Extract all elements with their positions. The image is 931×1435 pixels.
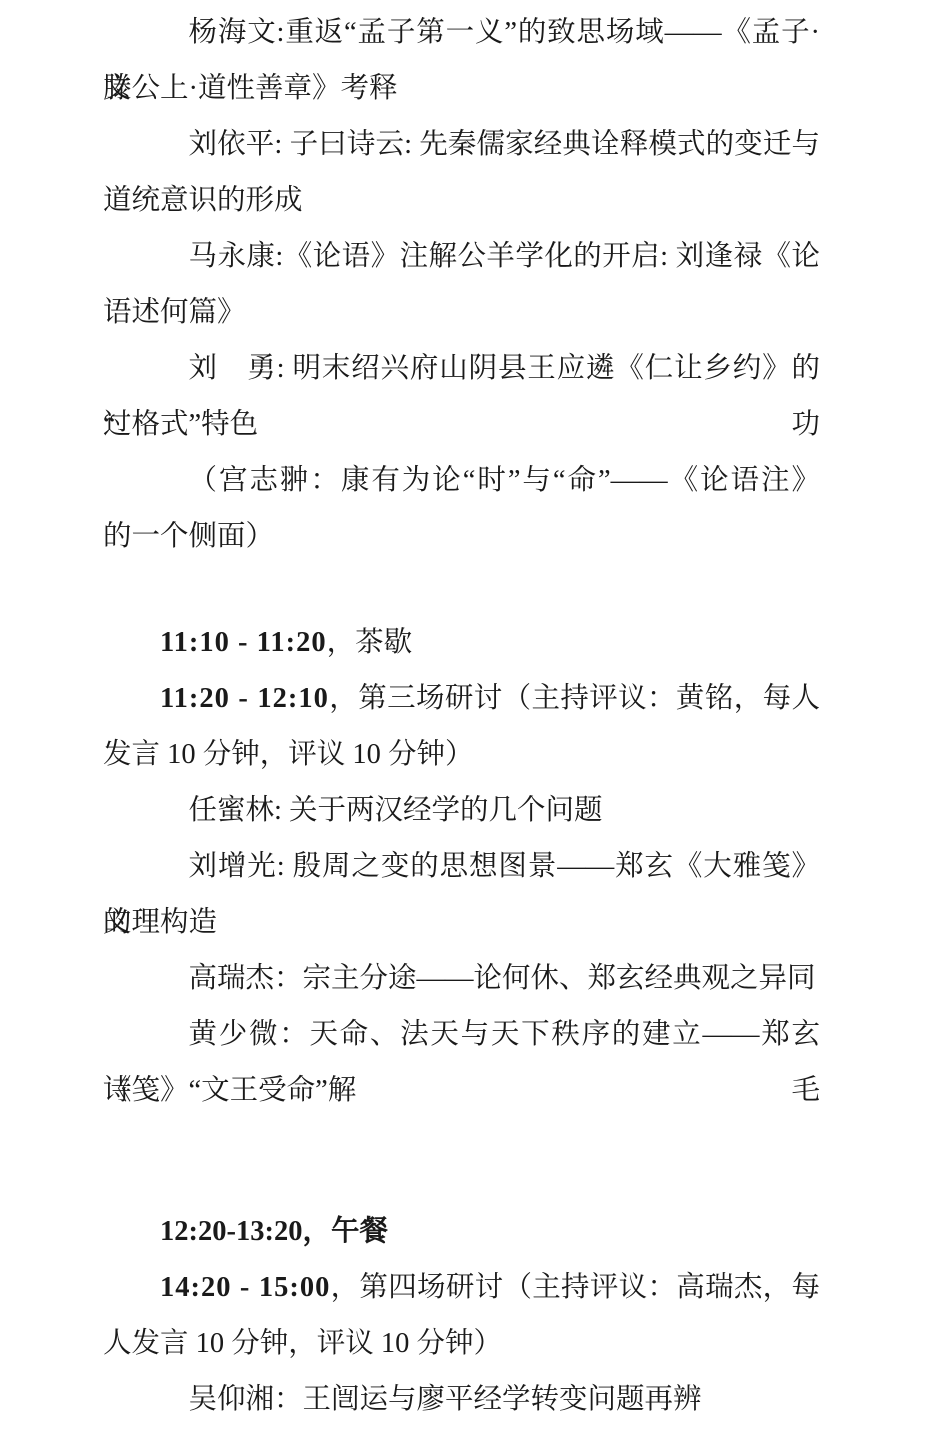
talk-line-huang-shaowei-1: 黄少微：天命、法天与天下秩序的建立——郑玄《毛 <box>103 1007 820 1063</box>
talk-line-ma-yongkang-2: 语述何篇》 <box>103 285 820 341</box>
schedule-session4-header-1: 14:20 - 15:00，第四场研讨（主持评议：高瑞杰，每 <box>103 1260 820 1316</box>
talk-line-ren-milin: 任蜜林: 关于两汉经学的几个问题 <box>103 783 820 839</box>
schedule-label: ，第三场研讨（主持评议：黄铭，每人 <box>329 683 820 714</box>
talk-line-gong-zhichong-2: 的一个侧面） <box>103 509 820 565</box>
talk-line-yang-haiwen-1: 杨海文:重返“孟子第一义”的致思场域——《孟子·滕 <box>103 5 820 61</box>
talk-line-liu-yong-1: 刘 勇: 明末绍兴府山阴县王应遴《仁让乡约》的“功 <box>103 341 820 397</box>
talk-line-wu-yangxiang: 吴仰湘：王闿运与廖平经学转变问题再辨 <box>103 1372 820 1428</box>
talk-line-gong-zhichong-1: （宫志翀：康有为论“时”与“命”——《论语注》 <box>103 453 820 509</box>
time-range: 11:10 - 11:20 <box>160 627 327 658</box>
talk-line-ma-yongkang-1: 马永康:《论语》注解公羊学化的开启: 刘逢禄《论 <box>103 229 820 285</box>
talk-line-liu-zengguang-1: 刘增光: 殷周之变的思想图景——郑玄《大雅笺》的 <box>103 839 820 895</box>
talk-line-liu-yiping-2: 道统意识的形成 <box>103 173 820 229</box>
schedule-session3-header-1: 11:20 - 12:10，第三场研讨（主持评议：黄铭，每人 <box>103 671 820 727</box>
schedule-session4-header-2: 人发言 10 分钟，评议 10 分钟） <box>103 1316 820 1372</box>
schedule-session3-header-2: 发言 10 分钟，评议 10 分钟） <box>103 727 820 783</box>
schedule-label: ，茶歇 <box>327 627 413 658</box>
time-range: 14:20 - 15:00 <box>160 1272 330 1303</box>
talk-line-gao-ruijie: 高瑞杰：宗主分途——论何休、郑玄经典观之异同 <box>103 951 820 1007</box>
talk-line-liu-zengguang-2: 义理构造 <box>103 895 820 951</box>
talk-line-liu-yiping-1: 刘依平: 子曰诗云: 先秦儒家经典诠释模式的变迁与 <box>103 117 820 173</box>
talk-line-yang-haiwen-2: 文公上·道性善章》考释 <box>103 61 820 117</box>
schedule-lunch: 12:20-13:20，午餐 <box>103 1204 820 1260</box>
schedule-label: ，第四场研讨（主持评议：高瑞杰，每 <box>330 1272 820 1303</box>
time-range: 11:20 - 12:10 <box>160 683 329 714</box>
schedule-tea-break: 11:10 - 11:20，茶歇 <box>103 615 820 671</box>
document-page: 杨海文:重返“孟子第一义”的致思场域——《孟子·滕 文公上·道性善章》考释 刘依… <box>0 0 931 1435</box>
